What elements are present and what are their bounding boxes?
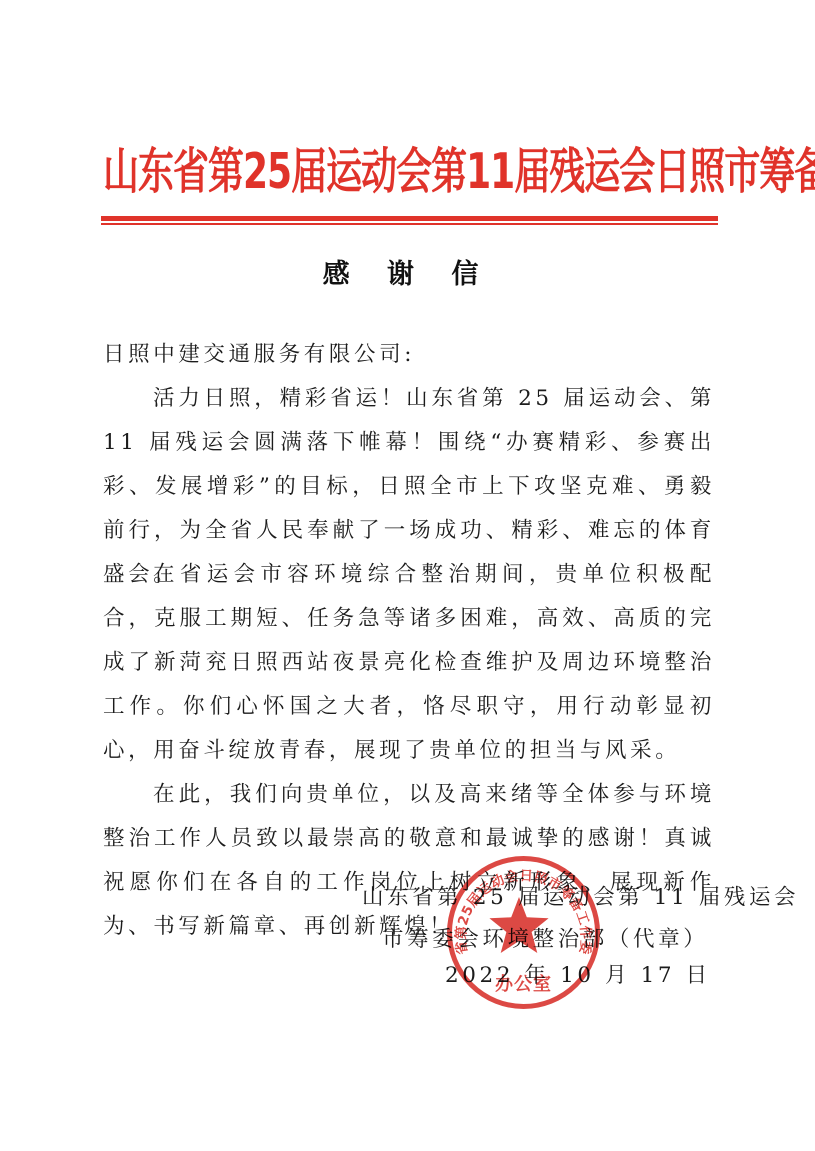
letterhead-rule-thick	[101, 216, 718, 221]
official-seal-stamp: 山东省第25届运动会日照市筹备工作委员会 办公室	[446, 855, 601, 1010]
letterhead-rule-thin	[101, 223, 718, 225]
salutation: 日照中建交通服务有限公司:	[103, 333, 715, 377]
document-title: 感 谢 信	[0, 252, 815, 291]
letterhead-title: 山东省第25届运动会第11届残运会日照市筹备工作委员会办公室	[103, 128, 715, 217]
star-icon	[489, 897, 548, 953]
stamp-bottom-text: 办公室	[495, 973, 552, 995]
paragraph-2: 在省运会市容环境综合整治期间，贵单位积极配合，克服工期短、任务急等诸多困难，高效…	[103, 553, 715, 773]
